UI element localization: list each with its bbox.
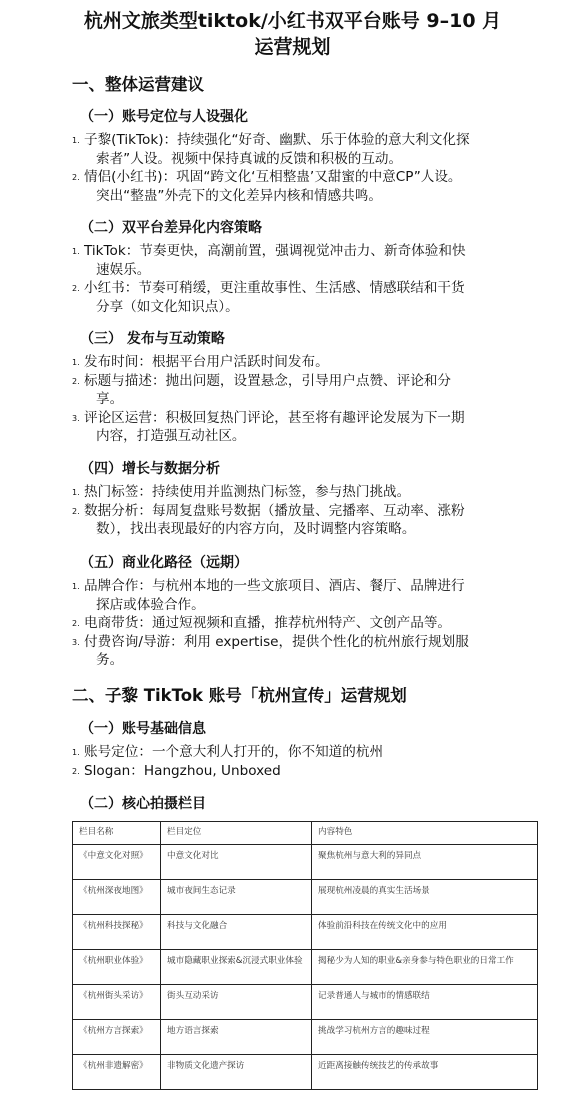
cell-positioning: 街头互动采访 [161, 985, 312, 1020]
cell-positioning: 非物质文化遗产探访 [161, 1055, 312, 1090]
list-text-cont: 务。 [84, 651, 542, 670]
cell-positioning: 城市隐藏职业探索&沉浸式职业体验 [161, 950, 312, 985]
list-text-cont: 索者”人设。视频中保持真诚的反馈和积极的互动。 [84, 150, 542, 169]
list-item: 1. 账号定位：一个意大利人打开的，你不知道的杭州 [72, 743, 542, 762]
cell-features: 近距离接触传统技艺的传承故事 [312, 1055, 538, 1090]
list-item: 2. Slogan：Hangzhou, Unboxed [72, 762, 542, 781]
table-row: 《杭州非遗解密》 非物质文化遗产探访 近距离接触传统技艺的传承故事 [73, 1055, 538, 1090]
section-heading-positioning: （一）账号定位与人设强化 [80, 107, 248, 127]
columns-table: 栏目名称 栏目定位 内容特色 《中意文化对照》 中意文化对比 聚焦杭州与意大利的… [72, 821, 538, 1090]
list-text: 付费咨询/导游：利用 expertise，提供个性化的杭州旅行规划服 [84, 634, 469, 650]
title-line-2: 运营规划 [40, 34, 545, 60]
list-text-cont: 速娱乐。 [84, 261, 542, 280]
cell-name: 《杭州街头采访》 [73, 985, 161, 1020]
list-text-cont: 探店或体验合作。 [84, 596, 542, 615]
list-item: 1. 发布时间：根据平台用户活跃时间发布。 [72, 353, 542, 372]
list-item: 3. 付费咨询/导游：利用 expertise，提供个性化的杭州旅行规划服务。 [72, 633, 542, 670]
list-item: 1. 子黎(TikTok)：持续强化“好奇、幽默、乐于体验的意大利文化探索者”人… [72, 131, 542, 168]
list-item: 2. 数据分析：每周复盘账号数据（播放量、完播率、互动率、涨粉数），找出表现最好… [72, 502, 542, 539]
header-column-features: 内容特色 [312, 822, 538, 845]
list-item: 2. 电商带货：通过短视频和直播，推荐杭州特产、文创产品等。 [72, 614, 542, 633]
list-number: 1. [72, 243, 80, 262]
table-row: 《杭州科技探秘》 科技与文化融合 体验前沿科技在传统文化中的应用 [73, 915, 538, 950]
list-text-cont: 数），找出表现最好的内容方向，及时调整内容策略。 [84, 520, 542, 539]
table-header-row: 栏目名称 栏目定位 内容特色 [73, 822, 538, 845]
list-number: 2. [72, 169, 80, 188]
list-item: 2. 情侣(小红书)：巩固“跨文化‘互相整蛊’又甜蜜的中意CP”人设。突出“整蛊… [72, 168, 542, 205]
table-row: 《杭州深夜地图》 城市夜间生态记录 展现杭州凌晨的真实生活场景 [73, 880, 538, 915]
header-column-positioning: 栏目定位 [161, 822, 312, 845]
cell-positioning: 科技与文化融合 [161, 915, 312, 950]
list-growth: 1. 热门标签：持续使用并监测热门标签，参与热门挑战。 2. 数据分析：每周复盘… [72, 483, 542, 539]
list-text: 电商带货：通过短视频和直播，推荐杭州特产、文创产品等。 [84, 615, 451, 631]
list-text-cont: 突出“整蛊”外壳下的文化差异内核和情感共鸣。 [84, 187, 542, 206]
list-number: 2. [72, 615, 80, 634]
list-number: 2. [72, 763, 80, 782]
list-text: Slogan：Hangzhou, Unboxed [84, 762, 542, 781]
list-text: TikTok：节奏更快，高潮前置，强调视觉冲击力、新奇体验和快 [84, 243, 466, 259]
list-text: 数据分析：每周复盘账号数据（播放量、完播率、互动率、涨粉 [84, 503, 465, 519]
table-row: 《中意文化对照》 中意文化对比 聚焦杭州与意大利的异同点 [73, 845, 538, 880]
document-title: 杭州文旅类型tiktok/小红书双平台账号 9–10 月 运营规划 [40, 8, 545, 60]
cell-name: 《杭州方言探索》 [73, 1020, 161, 1055]
list-positioning: 1. 子黎(TikTok)：持续强化“好奇、幽默、乐于体验的意大利文化探索者”人… [72, 131, 542, 205]
list-item: 1. TikTok：节奏更快，高潮前置，强调视觉冲击力、新奇体验和快速娱乐。 [72, 242, 542, 279]
header-column-name: 栏目名称 [73, 822, 161, 845]
cell-features: 展现杭州凌晨的真实生活场景 [312, 880, 538, 915]
cell-features: 体验前沿科技在传统文化中的应用 [312, 915, 538, 950]
list-text: 账号定位：一个意大利人打开的，你不知道的杭州 [84, 743, 542, 762]
cell-positioning: 中意文化对比 [161, 845, 312, 880]
part2-heading: 二、子黎 TikTok 账号「杭州宣传」运营规划 [72, 685, 407, 707]
list-text-cont: 享。 [84, 390, 542, 409]
cell-name: 《杭州职业体验》 [73, 950, 161, 985]
list-item: 2. 标题与描述：抛出问题，设置悬念，引导用户点赞、评论和分享。 [72, 372, 542, 409]
list-text-cont: 内容，打造强互动社区。 [84, 427, 542, 446]
list-text: 热门标签：持续使用并监测热门标签，参与热门挑战。 [84, 484, 410, 500]
cell-name: 《杭州科技探秘》 [73, 915, 161, 950]
list-number: 1. [72, 354, 80, 373]
section-heading-publishing: （三） 发布与互动策略 [80, 329, 225, 349]
list-text: 品牌合作：与杭州本地的一些文旅项目、酒店、餐厅、品牌进行 [84, 578, 465, 594]
list-number: 2. [72, 373, 80, 392]
section-heading-columns: （二）核心拍摄栏目 [80, 794, 206, 814]
list-number: 3. [72, 634, 80, 653]
list-number: 2. [72, 503, 80, 522]
cell-name: 《中意文化对照》 [73, 845, 161, 880]
list-item: 1. 热门标签：持续使用并监测热门标签，参与热门挑战。 [72, 483, 542, 502]
list-text: 子黎(TikTok)：持续强化“好奇、幽默、乐于体验的意大利文化探 [84, 132, 470, 148]
cell-features: 挑战学习杭州方言的趣味过程 [312, 1020, 538, 1055]
part1-heading: 一、整体运营建议 [72, 74, 204, 96]
cell-features: 聚焦杭州与意大利的异同点 [312, 845, 538, 880]
cell-name: 《杭州非遗解密》 [73, 1055, 161, 1090]
title-line-1: 杭州文旅类型tiktok/小红书双平台账号 9–10 月 [40, 8, 545, 34]
section-heading-growth: （四）增长与数据分析 [80, 459, 220, 479]
list-monetization: 1. 品牌合作：与杭州本地的一些文旅项目、酒店、餐厅、品牌进行探店或体验合作。 … [72, 577, 542, 670]
cell-features: 揭秘少为人知的职业&亲身参与特色职业的日常工作 [312, 950, 538, 985]
list-text: 情侣(小红书)：巩固“跨文化‘互相整蛊’又甜蜜的中意CP”人设。 [84, 169, 462, 185]
list-number: 2. [72, 280, 80, 299]
cell-features: 记录普通人与城市的情感联结 [312, 985, 538, 1020]
list-text-cont: 分享（如文化知识点）。 [84, 298, 542, 317]
list-basic-info: 1. 账号定位：一个意大利人打开的，你不知道的杭州 2. Slogan：Hang… [72, 743, 542, 780]
list-item: 1. 品牌合作：与杭州本地的一些文旅项目、酒店、餐厅、品牌进行探店或体验合作。 [72, 577, 542, 614]
list-item: 2. 小红书：节奏可稍缓，更注重故事性、生活感、情感联结和干货分享（如文化知识点… [72, 279, 542, 316]
section-heading-basic-info: （一）账号基础信息 [80, 719, 206, 739]
list-text: 标题与描述：抛出问题，设置悬念，引导用户点赞、评论和分 [84, 373, 451, 389]
table-row: 《杭州职业体验》 城市隐藏职业探索&沉浸式职业体验 揭秘少为人知的职业&亲身参与… [73, 950, 538, 985]
list-number: 1. [72, 578, 80, 597]
cell-name: 《杭州深夜地图》 [73, 880, 161, 915]
list-number: 1. [72, 132, 80, 151]
list-number: 1. [72, 744, 80, 763]
list-item: 3. 评论区运营：积极回复热门评论，甚至将有趣评论发展为下一期内容，打造强互动社… [72, 409, 542, 446]
section-heading-content-strategy: （二）双平台差异化内容策略 [80, 218, 262, 238]
list-text: 小红书：节奏可稍缓，更注重故事性、生活感、情感联结和干货 [84, 280, 465, 296]
cell-positioning: 城市夜间生态记录 [161, 880, 312, 915]
list-text: 发布时间：根据平台用户活跃时间发布。 [84, 354, 329, 370]
table-row: 《杭州街头采访》 街头互动采访 记录普通人与城市的情感联结 [73, 985, 538, 1020]
list-number: 3. [72, 410, 80, 429]
list-number: 1. [72, 484, 80, 503]
section-heading-monetization: （五）商业化路径（远期） [80, 553, 248, 573]
list-text: 评论区运营：积极回复热门评论，甚至将有趣评论发展为下一期 [84, 410, 465, 426]
list-content-strategy: 1. TikTok：节奏更快，高潮前置，强调视觉冲击力、新奇体验和快速娱乐。 2… [72, 242, 542, 316]
list-publishing: 1. 发布时间：根据平台用户活跃时间发布。 2. 标题与描述：抛出问题，设置悬念… [72, 353, 542, 446]
cell-positioning: 地方语言探索 [161, 1020, 312, 1055]
table-row: 《杭州方言探索》 地方语言探索 挑战学习杭州方言的趣味过程 [73, 1020, 538, 1055]
